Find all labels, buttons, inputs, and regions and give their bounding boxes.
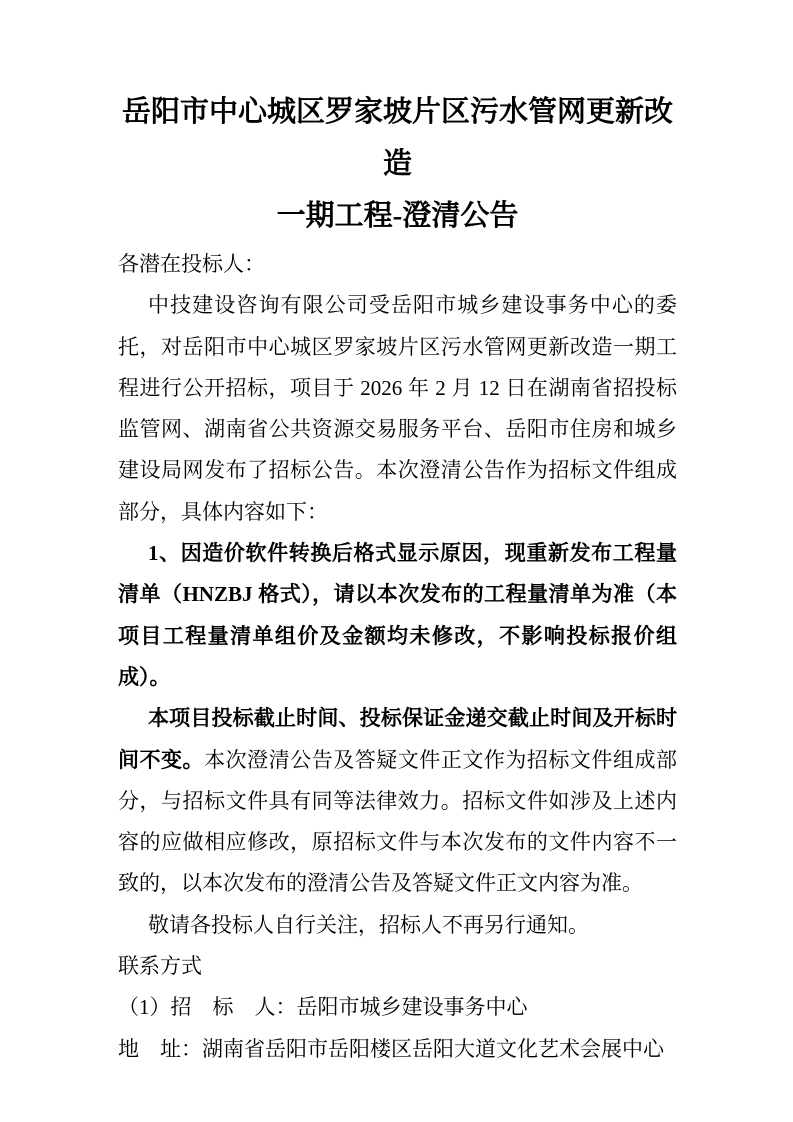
notice-paragraph: 敬请各投标人自行关注，招标人不再另行通知。 <box>118 905 677 946</box>
contact-tenderer-line: （1）招 标 人：岳阳市城乡建设事务中心 <box>118 987 677 1028</box>
document-page: 岳阳市中心城区罗家坡片区污水管网更新改造 一期工程-澄清公告 各潜在投标人： 中… <box>0 0 793 1122</box>
intro-paragraph: 中技建设咨询有限公司受岳阳市城乡建设事务中心的委托，对岳阳市中心城区罗家坡片区污… <box>118 285 677 533</box>
title-line-1: 岳阳市中心城区罗家坡片区污水管网更新改造 <box>122 96 673 180</box>
salutation-line: 各潜在投标人： <box>118 244 677 285</box>
document-title: 岳阳市中心城区罗家坡片区污水管网更新改造 一期工程-澄清公告 <box>118 86 677 242</box>
contact-heading: 联系方式 <box>118 946 677 987</box>
deadline-paragraph: 本项目投标截止时间、投标保证金递交截止时间及开标时间不变。本次澄清公告及答疑文件… <box>118 698 677 904</box>
document-body: 各潜在投标人： 中技建设咨询有限公司受岳阳市城乡建设事务中心的委托，对岳阳市中心… <box>118 244 677 1070</box>
title-line-2: 一期工程-澄清公告 <box>277 200 519 232</box>
contact-address-line: 地 址：湖南省岳阳市岳阳楼区岳阳大道文化艺术会展中心 <box>118 1029 677 1070</box>
clarification-item-1: 1、因造价软件转换后格式显示原因，现重新发布工程量清单（HNZBJ 格式），请以… <box>118 533 677 698</box>
